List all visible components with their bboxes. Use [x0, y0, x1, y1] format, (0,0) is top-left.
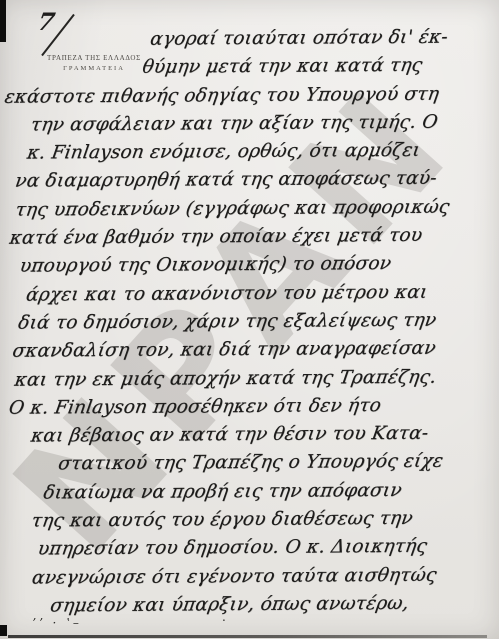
handwritten-line: διά το δημόσιον, χάριν της εξαλείψεως τη…	[0, 306, 499, 338]
handwritten-line: δικαίωμα να προβή εις την απόφασιν	[1, 476, 499, 508]
letterhead-bank-name: ΤΡΑΠΕΖΑ ΤΗΣ ΕΛΛΑΔΟΣ	[36, 54, 152, 62]
handwritten-line: κ. Finlayson ενόμισε, ορθώς, ότι αρμόζει	[0, 136, 499, 168]
handwritten-line: αγοραί τοιαύται οπόταν δι' έκ-	[0, 23, 499, 55]
scan-edge-artifact-bottom-left	[0, 625, 7, 636]
handwritten-line: της και αυτός του έργου διαθέσεως την	[1, 504, 499, 536]
letterhead-stamp: ΤΡΑΠΕΖΑ ΤΗΣ ΕΛΛΑΔΟΣ ΓΡΑΜΜΑΤΕΙΑ	[36, 54, 152, 72]
handwritten-text: αγοραί τοιαύται οπόταν δι' έκ-θύμην μετά…	[0, 23, 499, 621]
handwritten-line: και βέβαιος αν κατά την θέσιν του Κατα-	[1, 419, 499, 451]
handwritten-line: στατικού της Τραπέζης ο Υπουργός είχε	[1, 448, 499, 480]
handwritten-line: κατά ένα βαθμόν την οποίαν έχει μετά του	[0, 221, 499, 253]
handwritten-line: ανεγνώρισε ότι εγένοντο ταύτα αισθητώς	[2, 561, 499, 593]
handwritten-line: της υποδεικνύων (εγγράφως και προφορικώς	[0, 193, 499, 225]
handwritten-line: υπηρεσίαν του δημοσίου. Ο κ. Διοικητής	[2, 533, 499, 565]
handwritten-line: άρχει και το ακανόνιστον του μέτρου και	[0, 278, 499, 310]
partial-bottom-dot: .	[222, 610, 226, 624]
page-number: 7	[38, 7, 55, 36]
handwritten-line: σκανδαλίση τον, και διά την αναγραφείσαν	[0, 334, 499, 366]
handwritten-line: Ο κ. Finlayson προσέθηκεν ότι δεν ήτο	[1, 391, 499, 423]
handwritten-line: να διαμαρτυρηθή κατά της αποφάσεως ταύ-	[0, 165, 499, 197]
partial-bottom-line-marks: ʼʼ · ʽ–	[32, 616, 82, 630]
page-number-text: 7	[35, 7, 57, 36]
scan-edge-shadow-bottom	[8, 635, 487, 638]
handwritten-line: και την εκ μιάς αποχήν κατά της Τραπέζης…	[0, 363, 499, 395]
scan-edge-artifact-top-left	[0, 0, 6, 42]
handwritten-line: εκάστοτε πιθανής οδηγίας του Υπουργού στ…	[0, 80, 499, 112]
handwritten-line: την ασφάλειαν και την αξίαν της τιμής. Ο	[0, 108, 499, 140]
scanned-letter-page: ΝΡΑΝ 7 ΤΡΑΠΕΖΑ ΤΗΣ ΕΛΛΑΔΟΣ ΓΡΑΜΜΑΤΕΙΑ αγ…	[0, 0, 499, 639]
handwritten-line: υπουργού της Οικονομικής) το οπόσον	[0, 250, 499, 282]
letterhead-department: ΓΡΑΜΜΑΤΕΙΑ	[36, 65, 152, 72]
